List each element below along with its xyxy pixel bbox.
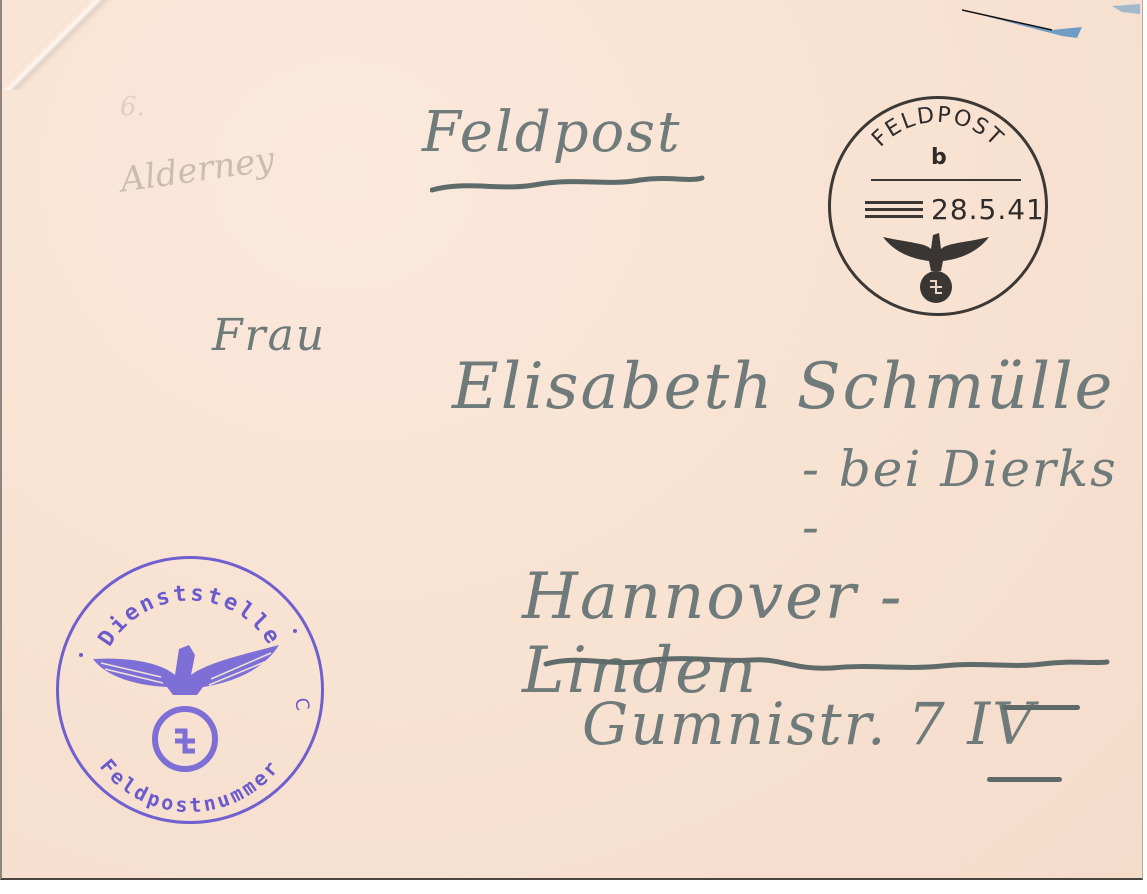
- postmark-rule: [871, 179, 1021, 181]
- pencil-note-place: Alderney: [118, 139, 277, 200]
- street-overline: [1002, 705, 1080, 710]
- handwritten-street: Gumnistr. 7 IV: [582, 690, 1036, 758]
- paper-crease: [2, 0, 112, 90]
- pencil-note-number: 6.: [120, 92, 145, 122]
- handwritten-addressee-name: Elisabeth Schmülle: [452, 350, 1114, 424]
- city-underline: [542, 650, 1112, 680]
- street-underline: [987, 777, 1062, 782]
- handwritten-care-of: - bei Dierks -: [802, 440, 1142, 556]
- svg-text:C: C: [290, 696, 313, 712]
- handwritten-salutation: Frau: [212, 310, 326, 361]
- handwritten-feldpost: Feldpost: [422, 100, 682, 165]
- dienststelle-stamp: Dienststelle Feldpostnummer C: [56, 556, 324, 824]
- postmark-date: 28.5.41: [931, 193, 1045, 226]
- handwritten-city: Hannover - Linden: [522, 560, 1142, 708]
- postmark-letter: b: [931, 145, 947, 170]
- envelope: 6. Alderney Feldpost Frau Elisabeth Schm…: [0, 0, 1143, 880]
- feldpost-postmark: FELDPOST b 28.5.41: [828, 96, 1048, 316]
- feldpost-underline: [430, 170, 705, 200]
- postmark-cancel-bars: [865, 201, 923, 221]
- eagle-icon: [881, 229, 991, 309]
- torn-flap-corner: [962, 0, 1142, 40]
- eagle-icon: [91, 635, 281, 775]
